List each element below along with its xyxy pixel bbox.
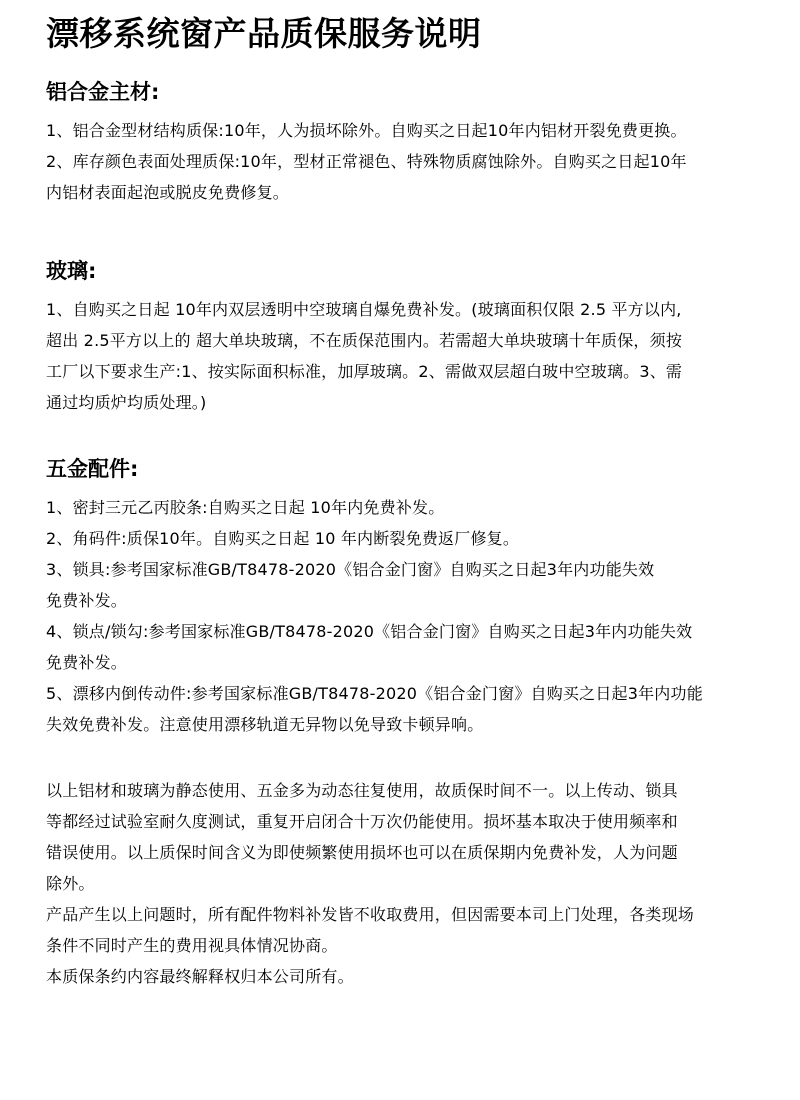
text-line: 产品产生以上问题时，所有配件物料补发皆不收取费用，但因需要本司上门处理，各类现场 <box>46 899 694 930</box>
text-line: 1、密封三元乙丙胶条:自购买之日起 10年内免费补发。 <box>46 492 703 523</box>
text-line: 超出 2.5平方以上的 超大单块玻璃，不在质保范围内。若需超大单块玻璃十年质保，… <box>46 325 682 356</box>
text-line: 2、角码件:质保10年。自购买之日起 10 年内断裂免费返厂修复。 <box>46 523 703 554</box>
text-line: 3、锁具:参考国家标准GB/T8478-2020《铝合金门窗》自购买之日起3年内… <box>46 554 703 585</box>
section-body-glass: 1、自购买之日起 10年内双层透明中空玻璃自爆免费补发。(玻璃面积仅限 2.5 … <box>46 294 682 418</box>
text-line: 条件不同时产生的费用视具体情况协商。 <box>46 930 694 961</box>
text-line: 等都经过试验室耐久度测试，重复开启闭合十万次仍能使用。损坏基本取决于使用频率和 <box>46 806 694 837</box>
text-line: 2、库存颜色表面处理质保:10年，型材正常褪色、特殊物质腐蚀除外。自购买之日起1… <box>46 146 687 177</box>
text-line: 除外。 <box>46 868 694 899</box>
text-line: 1、自购买之日起 10年内双层透明中空玻璃自爆免费补发。(玻璃面积仅限 2.5 … <box>46 294 682 325</box>
text-line: 错误使用。以上质保时间含义为即使频繁使用损坏也可以在质保期内免费补发，人为问题 <box>46 837 694 868</box>
warranty-notes: 以上铝材和玻璃为静态使用、五金多为动态往复使用，故质保时间不一。以上传动、锁具 … <box>46 775 694 992</box>
text-line: 内铝材表面起泡或脱皮免费修复。 <box>46 177 687 208</box>
section-body-hardware: 1、密封三元乙丙胶条:自购买之日起 10年内免费补发。 2、角码件:质保10年。… <box>46 492 703 740</box>
section-body-aluminum: 1、铝合金型材结构质保:10年，人为损坏除外。自购买之日起10年内铝材开裂免费更… <box>46 115 687 208</box>
text-line: 失效免费补发。注意使用漂移轨道无异物以免导致卡顿异响。 <box>46 709 703 740</box>
text-line: 5、漂移内倒传动件:参考国家标准GB/T8478-2020《铝合金门窗》自购买之… <box>46 678 703 709</box>
text-line: 工厂以下要求生产:1、按实际面积标准，加厚玻璃。2、需做双层超白玻中空玻璃。3、… <box>46 356 682 387</box>
text-line: 免费补发。 <box>46 585 703 616</box>
text-line: 4、锁点/锁勾:参考国家标准GB/T8478-2020《铝合金门窗》自购买之日起… <box>46 616 703 647</box>
text-line: 本质保条约内容最终解释权归本公司所有。 <box>46 961 694 992</box>
section-heading-aluminum: 铝合金主材: <box>46 77 159 107</box>
page-title: 漂移系统窗产品质保服务说明 <box>46 12 482 56</box>
text-line: 以上铝材和玻璃为静态使用、五金多为动态往复使用，故质保时间不一。以上传动、锁具 <box>46 775 694 806</box>
text-line: 免费补发。 <box>46 647 703 678</box>
text-line: 1、铝合金型材结构质保:10年，人为损坏除外。自购买之日起10年内铝材开裂免费更… <box>46 115 687 146</box>
section-heading-hardware: 五金配件: <box>46 454 138 484</box>
text-line: 通过均质炉均质处理。) <box>46 387 682 418</box>
section-heading-glass: 玻璃: <box>46 256 96 286</box>
